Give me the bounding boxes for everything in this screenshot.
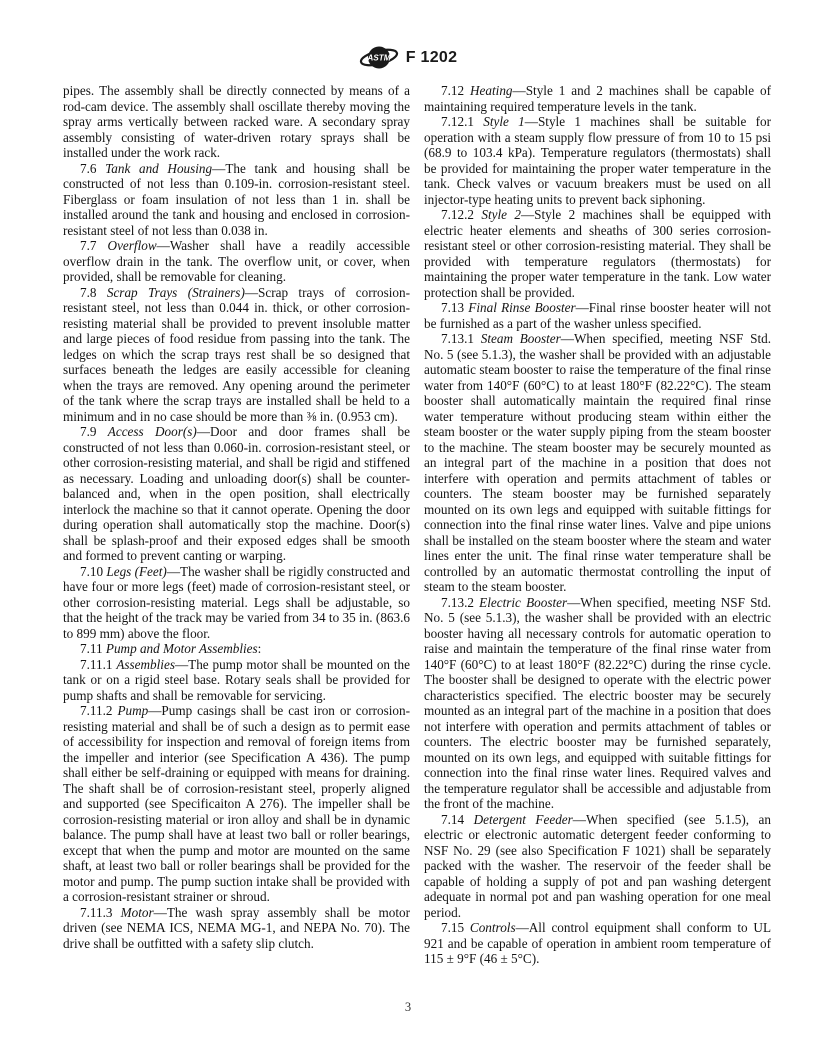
document-number: F 1202: [406, 49, 458, 67]
section-text: Pump casings shall be cast iron or corro…: [63, 703, 410, 904]
section-title: Heating: [470, 83, 513, 98]
section-separator: —: [212, 161, 225, 176]
section-paragraph-7.12: 7.12 Heating—Style 1 and 2 machines shal…: [424, 83, 771, 114]
section-paragraph-7.13: 7.13 Final Rinse Booster—Final rinse boo…: [424, 300, 771, 331]
section-title: Overflow: [108, 238, 157, 253]
section-number: 7.13.1: [441, 331, 481, 346]
section-number: 7.13: [441, 300, 468, 315]
section-paragraph-7.11.2: 7.11.2 Pump—Pump casings shall be cast i…: [63, 703, 410, 905]
section-number: 7.6: [80, 161, 105, 176]
section-separator: —: [157, 238, 170, 253]
section-separator: —: [561, 331, 574, 346]
section-separator: :: [258, 641, 262, 656]
section-paragraph-7.9: 7.9 Access Door(s)—Door and door frames …: [63, 424, 410, 564]
section-text: Scrap trays of corrosion-resistant steel…: [63, 285, 410, 424]
section-number: 7.14: [441, 812, 474, 827]
text-columns: pipes. The assembly shall be directly co…: [63, 83, 771, 967]
section-paragraph-7.6: 7.6 Tank and Housing—The tank and housin…: [63, 161, 410, 239]
section-title: Detergent Feeder: [474, 812, 573, 827]
section-paragraph-7.8: 7.8 Scrap Trays (Strainers)—Scrap trays …: [63, 285, 410, 425]
section-paragraph-7.10: 7.10 Legs (Feet)—The washer shall be rig…: [63, 564, 410, 642]
section-separator: —: [175, 657, 188, 672]
page-number: 3: [405, 1000, 411, 1014]
section-title: Scrap Trays (Strainers): [107, 285, 245, 300]
section-title: Style 2: [481, 207, 521, 222]
section-paragraph-7.15: 7.15 Controls—All control equipment shal…: [424, 920, 771, 967]
page-header: ASTM F 1202: [0, 44, 816, 71]
section-title: Motor: [121, 905, 154, 920]
section-separator: —: [167, 564, 180, 579]
section-separator: —: [513, 83, 526, 98]
section-title: Pump: [117, 703, 148, 718]
section-title: Controls: [470, 920, 516, 935]
section-title: Final Rinse Booster: [468, 300, 575, 315]
section-paragraph-7.13.2: 7.13.2 Electric Booster—When specified, …: [424, 595, 771, 812]
section-number: 7.8: [80, 285, 107, 300]
section-number: 7.12.2: [441, 207, 481, 222]
section-number: 7.11.3: [80, 905, 121, 920]
section-title: Electric Booster: [479, 595, 567, 610]
section-separator: —: [567, 595, 580, 610]
section-separator: —: [245, 285, 258, 300]
svg-text:ASTM: ASTM: [366, 54, 390, 63]
section-number: 7.11.2: [80, 703, 117, 718]
section-title: Legs (Feet): [106, 564, 166, 579]
section-paragraph-7.12.2: 7.12.2 Style 2—Style 2 machines shall be…: [424, 207, 771, 300]
section-paragraph-7.12.1: 7.12.1 Style 1—Style 1 machines shall be…: [424, 114, 771, 207]
section-text: pipes. The assembly shall be directly co…: [63, 83, 410, 160]
section-separator: —: [525, 114, 538, 129]
section-number: 7.10: [80, 564, 106, 579]
section-title: Steam Booster: [481, 331, 561, 346]
section-paragraph-7.11: 7.11 Pump and Motor Assemblies:: [63, 641, 410, 657]
section-paragraph-7.13.1: 7.13.1 Steam Booster—When specified, mee…: [424, 331, 771, 595]
section-separator: —: [576, 300, 589, 315]
section-number: 7.12: [441, 83, 470, 98]
section-paragraph-7.14: 7.14 Detergent Feeder—When specified (se…: [424, 812, 771, 921]
section-paragraph-7.7: 7.7 Overflow—Washer shall have a readily…: [63, 238, 410, 285]
section-number: 7.13.2: [441, 595, 479, 610]
section-number: 7.15: [441, 920, 470, 935]
document-page: ASTM F 1202 pipes. The assembly shall be…: [0, 0, 816, 1056]
section-title: Pump and Motor Assemblies: [106, 641, 258, 656]
section-separator: —: [197, 424, 210, 439]
section-paragraph-7.11.1: 7.11.1 Assemblies—The pump motor shall b…: [63, 657, 410, 704]
section-title: Assemblies: [116, 657, 175, 672]
section-text: Door and door frames shall be constructe…: [63, 424, 410, 563]
section-number: 7.11.1: [80, 657, 116, 672]
left-column: pipes. The assembly shall be directly co…: [63, 83, 410, 967]
section-text: When specified, meeting NSF Std. No. 5 (…: [424, 595, 771, 812]
section-paragraph-7.11.3: 7.11.3 Motor—The wash spray assembly sha…: [63, 905, 410, 952]
astm-logo-icon: ASTM: [359, 44, 399, 71]
section-title: Access Door(s): [108, 424, 197, 439]
section-separator: —: [573, 812, 586, 827]
section-text: When specified, meeting NSF Std. No. 5 (…: [424, 331, 771, 594]
section-number: 7.11: [80, 641, 106, 656]
section-separator: —: [521, 207, 534, 222]
section-title: Tank and Housing: [105, 161, 212, 176]
section-separator: —: [516, 920, 529, 935]
section-text: When specified (see 5.1.5), an electric …: [424, 812, 771, 920]
right-column: 7.12 Heating—Style 1 and 2 machines shal…: [424, 83, 771, 967]
paragraph-continuation: pipes. The assembly shall be directly co…: [63, 83, 410, 161]
section-separator: —: [154, 905, 167, 920]
section-separator: —: [148, 703, 161, 718]
section-title: Style 1: [483, 114, 525, 129]
page-footer: 3: [0, 1000, 816, 1015]
section-number: 7.12.1: [441, 114, 483, 129]
section-number: 7.9: [80, 424, 108, 439]
section-number: 7.7: [80, 238, 108, 253]
